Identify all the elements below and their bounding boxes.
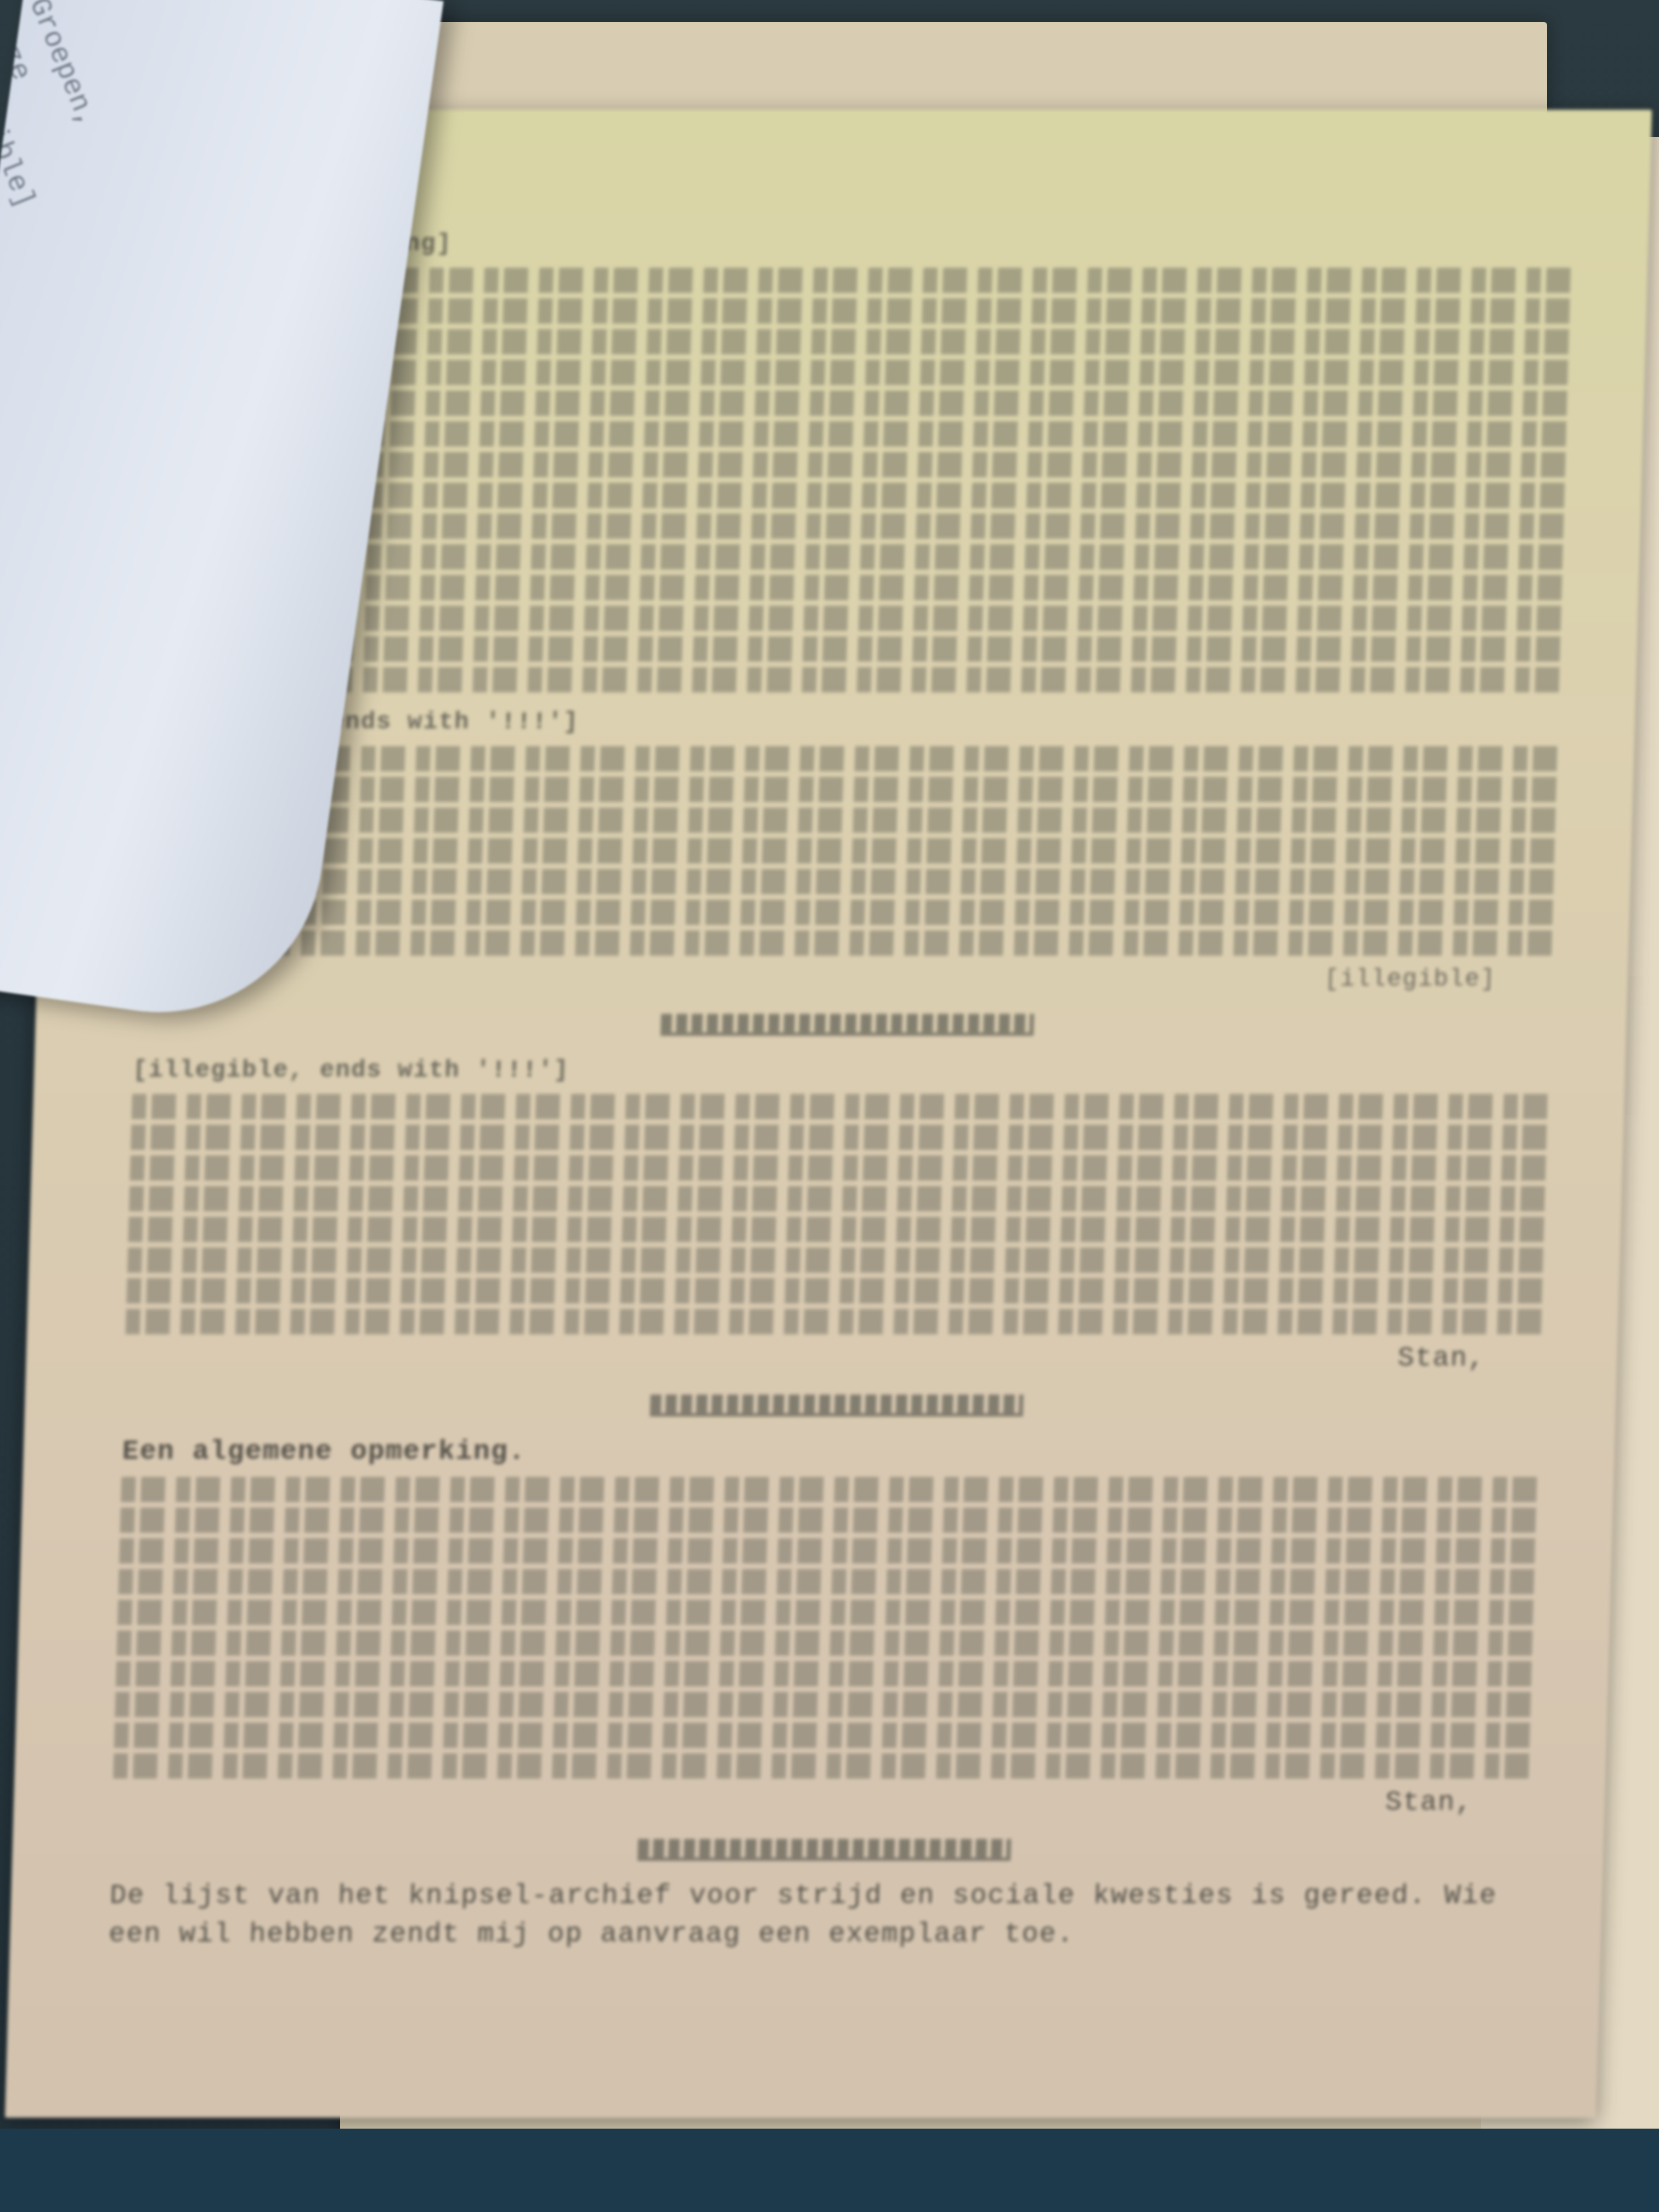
table-surface <box>0 2129 1659 2212</box>
section-2-heading: [illegible, ends with '!!!'] <box>132 1052 1560 1088</box>
section-4-paragraph: De lijst van het knipsel-archief voor st… <box>108 1877 1537 1954</box>
booklet-text: Groepen, Deze [illegible] <box>0 0 172 325</box>
separator-1 <box>661 1014 1034 1036</box>
section-3-paragraph <box>113 1477 1548 1779</box>
section-1b-heading: [illegible, ends with '!!!'] <box>142 704 1570 741</box>
section-2-signature: Stan, <box>125 1340 1552 1378</box>
section-2-paragraph <box>126 1094 1559 1334</box>
section-3-signature: Stan, <box>112 1784 1539 1822</box>
separator-3 <box>637 1839 1011 1861</box>
separator-2 <box>650 1395 1024 1417</box>
section-3-heading: Een algemene opmerking. <box>122 1433 1549 1471</box>
section-1b-paragraph <box>136 746 1568 956</box>
section-1b-signature: [illegible] <box>135 961 1562 997</box>
